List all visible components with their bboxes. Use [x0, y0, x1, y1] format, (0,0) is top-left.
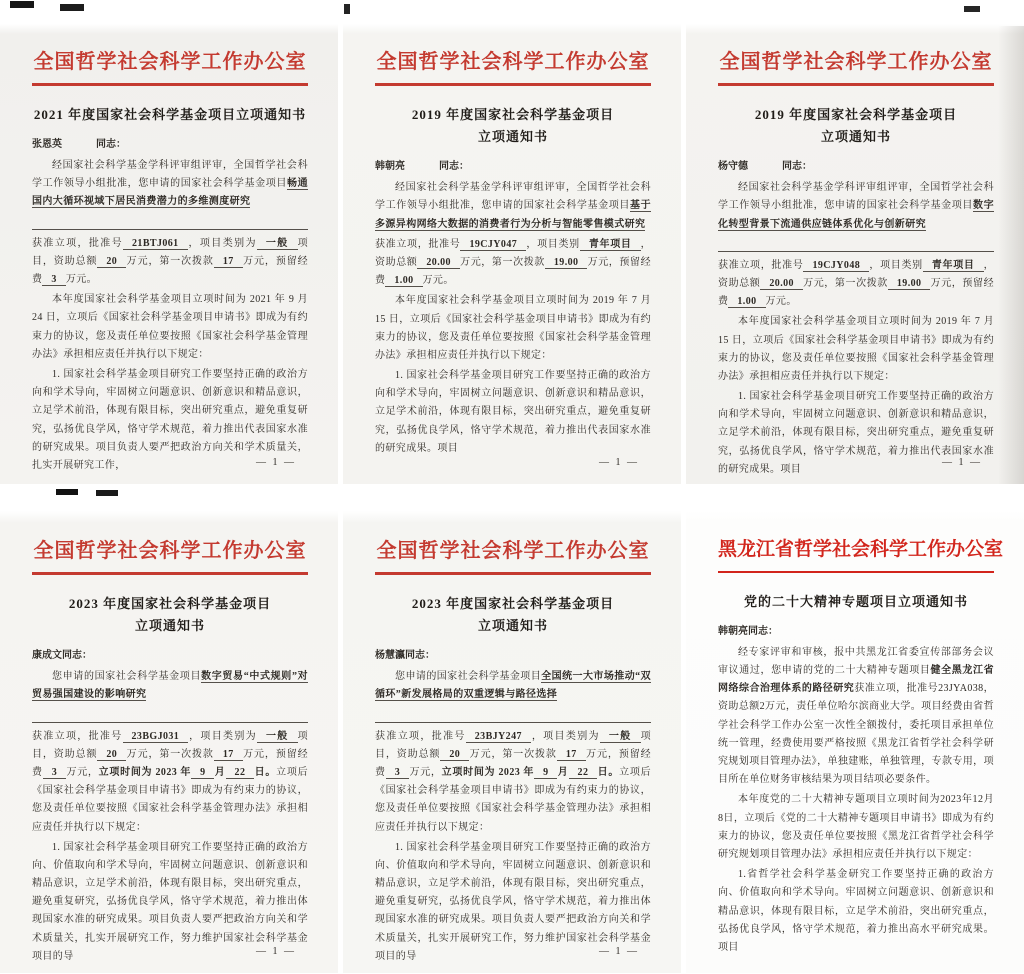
text-segment: ，项目类别为 — [531, 731, 600, 742]
document-page-3: 全国哲学社会科学工作办公室2019 年度国家社会科学基金项目立项通知书杨守德同志… — [686, 0, 1024, 484]
text-segment: 万元。 — [766, 296, 797, 307]
page-number: — 1 — — [256, 946, 296, 957]
office-header: 全国哲学社会科学工作办公室 — [375, 539, 651, 563]
notice-title-line: 党的二十大精神专题项目立项通知书 — [718, 591, 994, 613]
filled-value: 9 — [191, 767, 214, 779]
filled-value: 23BJY247 — [466, 731, 531, 743]
blank-fill-line — [718, 236, 994, 252]
text-segment: 您申请的国家社会科学基金项目 — [52, 671, 201, 682]
office-header: 全国哲学社会科学工作办公室 — [32, 539, 308, 563]
page-number: — 1 — — [256, 457, 296, 468]
document-page-1: 全国哲学社会科学工作办公室2021 年度国家社会科学基金项目立项通知书张恩英同志… — [0, 0, 338, 484]
text-segment: 获准立项，批准号 — [718, 260, 803, 271]
header-rule — [718, 571, 994, 573]
filled-value: 23BGJ031 — [123, 731, 189, 743]
salutation-suffix: 同志： — [405, 650, 435, 661]
salutation: 杨守德同志： — [718, 158, 994, 176]
filled-value: 19.00 — [545, 257, 588, 269]
blank-fill-line — [375, 707, 651, 723]
text-segment: 1. 国家社会科学基金项目研究工作要坚持正确的政治方向、价值取向和学术导向，牢固… — [375, 842, 651, 962]
text-segment: 获准立项，批准号23JYA038，资助总额2万元，责任单位哈尔滨商业大学。项目经… — [718, 683, 994, 785]
notice-title-line: 2023 年度国家社会科学基金项目 — [32, 593, 308, 615]
body-paragraph: 获准立项，批准号21BTJ061，项目类别为一般项目，资助总额20万元，第一次拨… — [32, 235, 308, 290]
text-segment: 您申请的国家社会科学基金项目 — [395, 671, 541, 682]
notice-title-line: 2019 年度国家社会科学基金项目 — [718, 104, 994, 126]
body-paragraph: 获准立项，批准号23BJY247，项目类别为一般项目，资助总额20万元，第一次拨… — [375, 728, 651, 837]
body-paragraph: 您申请的国家社会科学基金项目全国统一大市场推动“双循环”新发展格局的双重逻辑与路… — [375, 668, 651, 704]
text-segment: 1. 国家社会科学基金项目研究工作要坚持正确的政治方向、价值取向和学术导向，牢固… — [32, 842, 308, 962]
text-segment: ，项目类别 — [526, 239, 580, 250]
salutation: 杨慧瀛同志： — [375, 647, 651, 665]
filled-value: 1.00 — [728, 296, 765, 308]
text-segment: 1. 国家社会科学基金项目研究工作要坚持正确的政治方向和学术导向，牢固树立问题意… — [375, 370, 651, 454]
text-segment: 本年度国家社会科学基金项目立项时间为 2021 年 9 月 24 日，立项后《国… — [32, 294, 308, 360]
body-paragraph: 本年度国家社会科学基金项目立项时间为 2019 年 7 月 15 日，立项后《国… — [718, 313, 994, 386]
header-rule — [375, 83, 651, 86]
document-page-5: 全国哲学社会科学工作办公室2023 年度国家社会科学基金项目立项通知书杨慧瀛同志… — [343, 489, 681, 973]
notice-title-line: 2023 年度国家社会科学基金项目 — [375, 593, 651, 615]
text-segment: 万元， — [409, 767, 442, 778]
text-segment: 万元，第一次拨款 — [469, 749, 557, 760]
filled-value: 17 — [557, 749, 586, 761]
notice-title: 2019 年度国家社会科学基金项目立项通知书 — [718, 104, 994, 148]
recipient-name: 杨守德 — [718, 161, 748, 172]
filled-value: 3 — [43, 767, 66, 779]
header-rule — [375, 572, 651, 575]
body-paragraph: 本年度国家社会科学基金项目立项时间为 2019 年 7 月 15 日，立项后《国… — [375, 292, 651, 365]
salutation: 韩朝亮同志： — [375, 158, 651, 176]
text-segment: 月 — [557, 767, 568, 778]
filled-value: 1.00 — [385, 275, 422, 287]
filled-value: 一般 — [600, 731, 641, 743]
salutation-suffix: 同志： — [439, 161, 469, 172]
body-paragraph: 经国家社会科学基金学科评审组评审，全国哲学社会科学工作领导小组批准，您申请的国家… — [718, 179, 994, 234]
text-segment: 万元，第一次拨款 — [126, 256, 214, 267]
header-rule — [32, 83, 308, 86]
filled-value: 20 — [97, 256, 126, 268]
body-paragraph: 1. 国家社会科学基金项目研究工作要坚持正确的政治方向和学术导向，牢固树立问题意… — [375, 367, 651, 458]
text-segment: 立项时间为 2023 年 — [99, 767, 191, 778]
body-paragraph: 本年度国家社会科学基金项目立项时间为 2021 年 9 月 24 日，立项后《国… — [32, 291, 308, 364]
body-paragraph: 您申请的国家社会科学基金项目数字贸易“中式规则”对贸易强国建设的影响研究 — [32, 668, 308, 704]
notice-title-line: 立项通知书 — [718, 126, 994, 148]
salutation: 康成文同志： — [32, 647, 308, 665]
notice-title: 党的二十大精神专题项目立项通知书 — [718, 591, 994, 613]
page-number: — 1 — — [942, 457, 982, 468]
salutation-suffix: 同志： — [782, 161, 812, 172]
text-segment: ，项目类别 — [869, 260, 923, 271]
header-rule — [718, 83, 994, 86]
filled-value: 20 — [440, 749, 469, 761]
filled-value: 3 — [386, 767, 409, 779]
notice-title: 2021 年度国家社会科学基金项目立项通知书 — [32, 104, 308, 126]
filled-value: 3 — [42, 274, 65, 286]
notice-title: 2023 年度国家社会科学基金项目立项通知书 — [375, 593, 651, 637]
recipient-name: 康成文 — [32, 650, 62, 661]
text-segment: 1.省哲学社会科学基金研究工作要坚持正确的政治方向、价值取向和学术导向。牢固树立… — [718, 869, 994, 953]
body-paragraph: 经专家评审和审核，报中共黑龙江省委宣传部部务会议审议通过，您申请的党的二十大精神… — [718, 644, 994, 790]
document-page-6: 黑龙江省哲学社会科学工作办公室党的二十大精神专题项目立项通知书韩朝亮同志：经专家… — [686, 489, 1024, 973]
filled-value: 20.00 — [417, 257, 460, 269]
blank-fill-line — [32, 707, 308, 723]
filled-value: 一般 — [257, 731, 298, 743]
notice-title: 2023 年度国家社会科学基金项目立项通知书 — [32, 593, 308, 637]
filled-value: 19CJY048 — [803, 260, 869, 272]
filled-value: 一般 — [257, 238, 298, 250]
blank-fill-line — [32, 214, 308, 230]
filled-value: 青年项目 — [580, 239, 641, 251]
text-segment: 月 — [214, 767, 225, 778]
filled-value: 21BTJ061 — [123, 238, 188, 250]
filled-value: 17 — [214, 256, 243, 268]
text-segment: ，项目类别为 — [188, 731, 257, 742]
filled-value: 19CJY047 — [460, 239, 526, 251]
text-segment: 本年度国家社会科学基金项目立项时间为 2019 年 7 月 15 日，立项后《国… — [718, 316, 994, 382]
body-paragraph: 1.省哲学社会科学基金研究工作要坚持正确的政治方向、价值取向和学术导向。牢固树立… — [718, 866, 994, 957]
filled-value: 19.00 — [888, 278, 931, 290]
notice-title-line: 立项通知书 — [375, 126, 651, 148]
recipient-name: 韩朝亮 — [375, 161, 405, 172]
filled-value: 20 — [97, 749, 126, 761]
page-number: — 1 — — [599, 457, 639, 468]
text-segment: 万元，第一次拨款 — [460, 257, 545, 268]
text-segment: 日。 — [597, 767, 619, 778]
office-header: 全国哲学社会科学工作办公室 — [718, 50, 994, 74]
text-segment: 本年度党的二十大精神专题项目立项时间为2023年12月8日，立项后《党的二十大精… — [718, 794, 994, 860]
salutation: 韩朝亮同志： — [718, 623, 994, 641]
text-segment: 万元，第一次拨款 — [803, 278, 888, 289]
text-segment: 1. 国家社会科学基金项目研究工作要坚持正确的政治方向和学术导向，牢固树立问题意… — [32, 369, 308, 471]
office-header: 全国哲学社会科学工作办公室 — [32, 50, 308, 74]
notice-title: 2019 年度国家社会科学基金项目立项通知书 — [375, 104, 651, 148]
body-paragraph: 获准立项，批准号23BGJ031，项目类别为一般项目，资助总额20万元，第一次拨… — [32, 728, 308, 837]
text-segment: 获准立项，批准号 — [32, 731, 123, 742]
text-segment: 万元， — [66, 767, 99, 778]
salutation-suffix: 同志： — [62, 650, 92, 661]
document-page-2: 全国哲学社会科学工作办公室2019 年度国家社会科学基金项目立项通知书韩朝亮同志… — [343, 0, 681, 484]
body-paragraph: 本年度党的二十大精神专题项目立项时间为2023年12月8日，立项后《党的二十大精… — [718, 791, 994, 864]
body-paragraph: 获准立项，批准号19CJY047，项目类别青年项目，资助总额20.00万元，第一… — [375, 236, 651, 291]
text-segment: ，项目类别为 — [188, 238, 257, 249]
body-paragraph: 经国家社会科学基金学科评审组评审，全国哲学社会科学工作领导小组批准，您申请的国家… — [32, 157, 308, 212]
notice-title-line: 2019 年度国家社会科学基金项目 — [375, 104, 651, 126]
filled-value: 22 — [226, 767, 255, 779]
notice-title-line: 立项通知书 — [375, 615, 651, 637]
text-segment: 获准立项，批准号 — [375, 731, 466, 742]
recipient-name: 韩朝亮 — [718, 626, 748, 637]
text-segment: 获准立项，批准号 — [375, 239, 460, 250]
text-segment: 经国家社会科学基金学科评审组评审，全国哲学社会科学工作领导小组批准，您申请的国家… — [718, 182, 994, 211]
text-segment: 本年度国家社会科学基金项目立项时间为 2019 年 7 月 15 日，立项后《国… — [375, 295, 651, 361]
notice-title-line: 立项通知书 — [32, 615, 308, 637]
office-header: 黑龙江省哲学社会科学工作办公室 — [718, 539, 994, 562]
document-page-4: 全国哲学社会科学工作办公室2023 年度国家社会科学基金项目立项通知书康成文同志… — [0, 489, 338, 973]
text-segment: 万元，第一次拨款 — [126, 749, 214, 760]
filled-value: 9 — [534, 767, 557, 779]
office-header: 全国哲学社会科学工作办公室 — [375, 50, 651, 74]
text-segment: 经国家社会科学基金学科评审组评审，全国哲学社会科学工作领导小组批准，您申请的国家… — [32, 160, 308, 189]
recipient-name: 杨慧瀛 — [375, 650, 405, 661]
filled-value: 青年项目 — [923, 260, 984, 272]
filled-value: 20.00 — [760, 278, 803, 290]
body-paragraph: 经国家社会科学基金学科评审组评审，全国哲学社会科学工作领导小组批准，您申请的国家… — [375, 179, 651, 234]
filled-value: 17 — [214, 749, 243, 761]
text-segment: 万元。 — [66, 274, 97, 285]
salutation: 张恩英同志： — [32, 136, 308, 154]
header-rule — [32, 572, 308, 575]
recipient-name: 张恩英 — [32, 139, 62, 150]
documents-grid: 全国哲学社会科学工作办公室2021 年度国家社会科学基金项目立项通知书张恩英同志… — [0, 0, 1024, 974]
text-segment: 立项时间为 2023 年 — [442, 767, 534, 778]
text-segment: 万元。 — [423, 275, 454, 286]
text-segment: 经国家社会科学基金学科评审组评审，全国哲学社会科学工作领导小组批准，您申请的国家… — [375, 182, 651, 211]
body-paragraph: 获准立项，批准号19CJY048，项目类别青年项目，资助总额20.00万元，第一… — [718, 257, 994, 312]
salutation-suffix: 同志： — [96, 139, 126, 150]
salutation-suffix: 同志： — [748, 626, 778, 637]
notice-title-line: 2021 年度国家社会科学基金项目立项通知书 — [32, 104, 308, 126]
page-number: — 1 — — [599, 946, 639, 957]
filled-value: 22 — [569, 767, 598, 779]
text-segment: 获准立项，批准号 — [32, 238, 123, 249]
text-segment: 日。 — [254, 767, 276, 778]
